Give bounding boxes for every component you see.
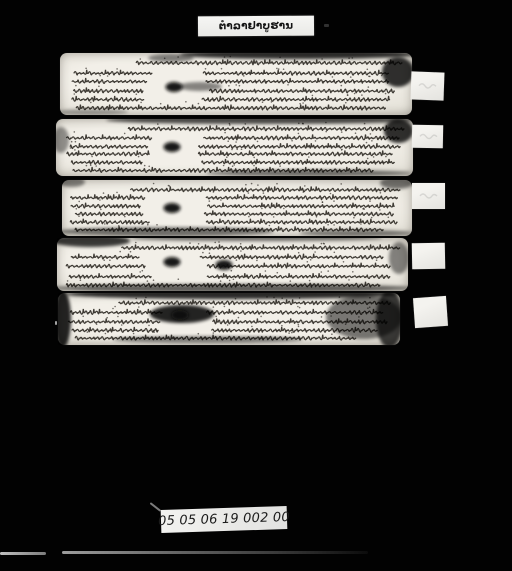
palm-leaf-2 xyxy=(56,119,413,176)
binding-hole xyxy=(164,257,181,267)
binding-hole xyxy=(216,260,233,270)
ink-smudge xyxy=(106,119,413,124)
palm-leaf-4 xyxy=(57,238,408,291)
ink-smudge xyxy=(58,293,71,345)
dust-speck xyxy=(55,321,57,325)
palm-leaf-3 xyxy=(62,180,412,236)
palm-leaf-1 xyxy=(60,53,412,115)
ink-smudge xyxy=(148,54,194,62)
ink-smudge xyxy=(180,53,412,59)
title-label: ຕຳລາຢາບູຮານ xyxy=(198,16,314,37)
ink-smudge xyxy=(376,293,400,345)
palm-leaf-5 xyxy=(58,293,400,345)
scratch-mark xyxy=(150,502,161,511)
binding-hole xyxy=(164,142,181,152)
faint-pencil-marks xyxy=(412,125,443,149)
film-edge-line-right xyxy=(62,551,368,554)
ink-smudge xyxy=(384,119,413,143)
leaf-tab-5 xyxy=(413,296,448,328)
ink-smudge xyxy=(57,238,130,247)
ink-smudge xyxy=(60,109,128,115)
ink-smudge xyxy=(132,238,382,241)
ink-smudge xyxy=(382,57,412,87)
archive-code-label: 05 05 06 19 002 00 xyxy=(161,506,288,533)
binding-hole xyxy=(172,310,189,320)
ink-smudge xyxy=(300,230,412,236)
leaf-tab-4 xyxy=(412,243,445,270)
ink-smudge xyxy=(206,170,411,176)
title-label-text: ຕຳລາຢາບູຮານ xyxy=(219,20,293,33)
ink-smudge xyxy=(113,336,303,343)
leaf-tab-3 xyxy=(412,183,445,209)
leaf-tab-2 xyxy=(412,125,443,149)
faint-pencil-marks xyxy=(411,71,445,100)
manuscript-photo: ຕຳລາຢາບູຮານ 05 05 06 19 002 00 xyxy=(0,0,512,571)
binding-hole xyxy=(164,203,181,213)
ink-smudge xyxy=(380,180,412,189)
faint-pencil-marks xyxy=(412,183,445,209)
binding-hole xyxy=(166,82,183,92)
ink-smudge xyxy=(56,127,69,153)
archive-code-text: 05 05 06 19 002 00 xyxy=(158,510,290,529)
leaf-tab-1 xyxy=(411,71,445,100)
dust-speck-2 xyxy=(324,24,329,27)
ink-smudge xyxy=(62,227,274,236)
ink-smudge xyxy=(62,180,85,187)
film-edge-line-left xyxy=(0,552,46,555)
ink-smudge xyxy=(178,82,222,91)
